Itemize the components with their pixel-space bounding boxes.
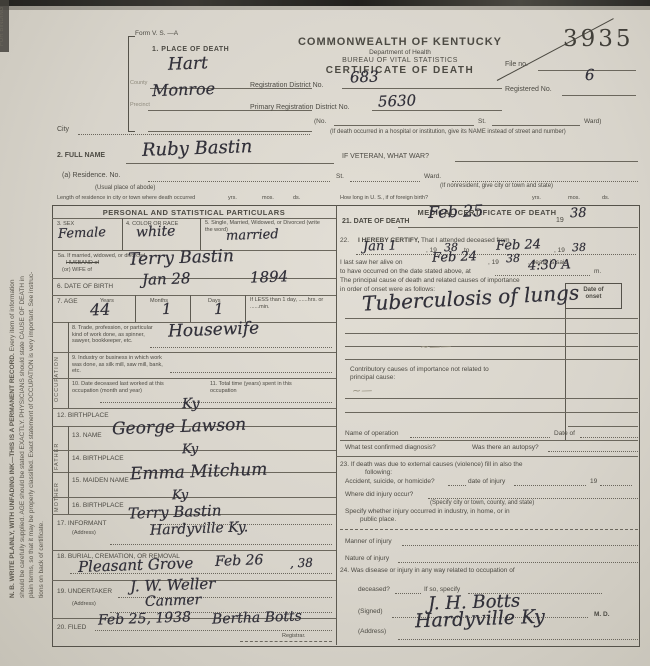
q24-label-2: deceased? (358, 586, 390, 594)
printed-19: 19 (556, 217, 564, 225)
registrar-label: Registrar. (282, 633, 306, 640)
yrs-label: yrs. (228, 195, 237, 202)
margin-instructions: N. B. WRITE PLAINLY, WITH UNFADING INK—T… (8, 30, 46, 598)
father-birthplace-label: 14. BIRTHPLACE (72, 455, 124, 463)
death-year-handwriting: 38 (570, 206, 587, 222)
undertaker-label: 19. UNDERTAKER (57, 588, 112, 596)
sex-handwriting: Female (58, 225, 106, 242)
birthplace-label: 12. BIRTHPLACE (57, 412, 109, 420)
certificate-title: CERTIFICATE OF DEATH (255, 65, 545, 76)
marital-handwriting: married (226, 227, 279, 244)
autopsy-label: Was there an autopsy? (472, 444, 539, 452)
death-certificate-scan: FOR BINDING N. B. WRITE PLAINLY, WITH UN… (0, 0, 650, 666)
residence-st-label: St. (336, 173, 344, 181)
total-time-label: 11. Total time (years) spent in this occ… (210, 381, 300, 394)
margin-line-3: plain terms, so that it may be properly … (27, 30, 37, 598)
attended-from-handwriting: Jan 1 (363, 238, 397, 254)
city-line-label: City (57, 126, 69, 134)
age-years-handwriting: 44 (90, 300, 111, 320)
rule-line (52, 550, 336, 551)
rule-line (345, 318, 638, 319)
age-months-handwriting: 1 (162, 300, 172, 318)
operation-label: Name of operation (345, 430, 398, 438)
occupation-trade-label: 8. Trade, profession, or particular kind… (72, 325, 164, 345)
yrs2-label: yrs. (532, 195, 541, 202)
registration-district-label: Registration District No. (250, 82, 324, 90)
precinct-handwriting: Monroe (152, 79, 216, 100)
to-year-handwriting: 38 (572, 241, 586, 254)
registered-no-label: Registered No. (505, 86, 552, 94)
q23-label-2: following: (365, 469, 392, 477)
manner-of-injury-label: Manner of injury (345, 538, 392, 546)
rule-line (492, 125, 580, 126)
rule-line (110, 544, 332, 545)
precinct-label: Precinct (130, 102, 150, 109)
rule-line (170, 372, 332, 373)
primary-registration-value: 5630 (378, 91, 417, 110)
rule-line (340, 529, 638, 530)
age-days-handwriting: 1 (214, 300, 224, 318)
form-code: Form V. S. —A (135, 30, 178, 38)
date-of-death-label: 21. DATE OF DEATH (342, 218, 409, 226)
st-label: St. (478, 118, 486, 126)
spouse-husband-label: HUSBAND of (66, 260, 99, 267)
last-saw-date-handwriting: Feb 24 (432, 249, 477, 266)
ds-label: ds. (293, 195, 300, 202)
cell-divider (122, 218, 123, 250)
county-handwriting: Hart (168, 53, 209, 74)
burial-year-handwriting: , 38 (290, 556, 313, 571)
color-race-handwriting: white (136, 223, 176, 240)
rule-line (495, 275, 590, 276)
where-injury-label: Where did injury occur? (345, 491, 413, 499)
undertaker-address-handwriting: Canmer (145, 592, 202, 610)
rule-line (562, 95, 636, 96)
rule-line (342, 88, 502, 89)
rule-line (95, 630, 332, 631)
rule-line (548, 451, 638, 452)
residence-ward-label: Ward. (424, 173, 441, 181)
age-label: 7. AGE (57, 298, 78, 306)
primary-registration-label: Primary Registration District No. (250, 104, 350, 112)
contributory-label-1: Contributory causes of importance not re… (350, 366, 489, 374)
principal-cause-label-1: The principal cause of death and related… (340, 277, 520, 285)
accident-label: Accident, suicide, or homicide? (345, 478, 435, 486)
rule-line (398, 562, 638, 563)
rule-line (410, 437, 550, 438)
registered-no-value: 6 (585, 66, 595, 84)
father-birthplace-handwriting: Ky (182, 442, 199, 458)
informant-address-handwriting: Hardyville Ky. (150, 519, 249, 538)
no-label: (No. (314, 118, 326, 126)
rule-line (568, 426, 638, 427)
side-cell-divider (68, 322, 69, 408)
rule-line (345, 333, 638, 334)
last-worked-label: 10. Date deceased last worked at this oc… (72, 381, 182, 394)
veteran-label: IF VETERAN, WHAT WAR? (342, 153, 429, 161)
rule-line (150, 347, 332, 348)
undertaker-address-label: (Address) (72, 601, 96, 608)
date-of-death-handwriting: Feb 25 (428, 201, 484, 222)
margin-line-2: should be carefully supplied. AGE should… (18, 30, 28, 598)
margin-binding-text: FOR BINDING (0, 0, 5, 46)
signed-label: (Signed) (358, 608, 383, 616)
nonresident-note: (If nonresident, give city or town and s… (440, 183, 553, 189)
mos-label: mos. (262, 195, 274, 202)
rule-line (126, 163, 334, 164)
rule-line (52, 295, 336, 296)
spouse-handwriting: Terry Bastin (128, 246, 235, 270)
scan-edge-shadow (0, 6, 650, 10)
rule-line (402, 545, 638, 546)
mos2-label: mos. (568, 195, 580, 202)
last-saw-label: I last saw her alive on (340, 259, 403, 267)
injury-date-label: date of injury (468, 478, 505, 486)
rule-line (514, 485, 586, 486)
specify-industry-label-2: public place. (360, 516, 396, 524)
rule-line (345, 398, 638, 399)
full-name-label: 2. FULL NAME (57, 152, 105, 160)
cell-divider (200, 218, 201, 250)
rule-line (372, 110, 502, 111)
mother-side-label: MOTHER (54, 475, 60, 512)
margin-line-4: tions on back of certificate. (37, 30, 47, 598)
ds2-label: ds. (602, 195, 609, 202)
foreign-birth-label: How long in U. S., if of foreign birth? (340, 195, 428, 202)
test-confirmed-label: What test confirmed diagnosis? (345, 444, 436, 452)
rule-line (350, 181, 420, 182)
cell-divider (135, 295, 136, 322)
rule-line (52, 497, 336, 498)
rule-line (398, 227, 638, 228)
rule-line (78, 134, 310, 135)
department-subtitle: Department of Health (255, 49, 545, 57)
hospital-note: (If death occurred in a hospital or inst… (330, 129, 566, 135)
informant-address-label: (Address) (72, 530, 96, 537)
rule-line (334, 125, 474, 126)
commonwealth-title: COMMONWEALTH OF KENTUCKY (255, 36, 545, 48)
full-name-handwriting: Ruby Bastin (142, 136, 253, 161)
rule-line (395, 593, 421, 594)
residence-label: (a) Residence. No. (62, 172, 120, 180)
rule-line (52, 278, 336, 279)
rule-line (455, 161, 638, 162)
nature-of-injury-label: Nature of injury (345, 555, 389, 563)
rule-line (52, 378, 336, 379)
rule-line (448, 485, 466, 486)
q24-label-1: 24. Was disease or injury in any way rel… (340, 567, 515, 575)
date-of-birth-handwriting: Jan 28 (142, 269, 191, 289)
burial-date-handwriting: Feb 26 (215, 552, 264, 570)
informant-handwriting: Terry Bastin (128, 501, 222, 522)
birth-year-handwriting: 1894 (250, 267, 289, 286)
occupation-side-label: OCCUPATION (54, 330, 60, 402)
birthplace-handwriting: Ky (182, 396, 200, 413)
rule-line (100, 402, 332, 403)
county-label: County (130, 80, 147, 87)
age-less-label: If LESS than 1 day, ......hrs. or ......… (250, 297, 332, 310)
mother-maiden-label: 15. MAIDEN NAME (72, 477, 129, 485)
rule-line (600, 485, 632, 486)
side-cell-divider (68, 426, 69, 472)
rule-line (52, 218, 336, 219)
occupation-handwriting: Housewife (168, 318, 260, 341)
rule-line (52, 352, 336, 353)
rule-line (452, 181, 638, 182)
rule-line (148, 181, 330, 182)
length-residence-label: Length of residence in city or town wher… (57, 195, 195, 202)
faint-pen-mark: ~— (352, 384, 373, 398)
injury-19-label: 19 (590, 478, 597, 486)
abode-note: (Usual place of abode) (95, 185, 155, 191)
rule-line (580, 437, 638, 438)
father-name-label: 13. NAME (72, 432, 102, 440)
mother-birthplace-label: 16. BIRTHPLACE (72, 502, 124, 510)
certify-number: 22. (340, 237, 349, 245)
registration-district-value: 683 (350, 68, 379, 87)
bureau-subtitle: BUREAU OF VITAL STATISTICS (255, 57, 545, 64)
specify-city-note: (Specify city or town, county, and state… (430, 500, 534, 506)
physician-address-label: (Address) (358, 628, 386, 636)
rule-line (356, 254, 636, 255)
personal-section-title: PERSONAL AND STATISTICAL PARTICULARS (52, 208, 336, 217)
occurred-label: to have occurred on the date stated abov… (340, 268, 471, 276)
last-saw-year-handwriting: 38 (506, 252, 520, 265)
specify-industry-label-1: Specify whether injury occurred in indus… (345, 508, 510, 516)
rule-line (345, 412, 638, 413)
date-of-operation-label: Date of (554, 430, 575, 438)
md-label: M. D. (594, 611, 610, 619)
informant-label: 17. INFORMANT (57, 520, 106, 528)
rule-line (148, 131, 312, 132)
rule-line (345, 346, 638, 347)
margin-line-1: N. B. WRITE PLAINLY, WITH UNFADING INK—T… (8, 30, 18, 598)
column-divider (336, 205, 337, 645)
rule-line (336, 456, 638, 457)
spouse-wife-label: (or) WIFE of (62, 267, 92, 274)
rule-line (428, 498, 638, 499)
faint-pen-mark: ~—— (420, 339, 452, 353)
medical-section-title: MEDICAL CERTIFICATE OF DEATH (336, 208, 638, 217)
rule-line (240, 641, 332, 642)
filed-label: 20. FILED (57, 624, 86, 632)
ward-label: Ward) (584, 118, 601, 126)
cell-divider (190, 295, 191, 322)
rule-line (398, 639, 638, 640)
printed-19c: , 19 (488, 259, 499, 267)
side-cell-divider (68, 472, 69, 514)
contributory-label-2: principal cause: (350, 374, 395, 382)
rule-line (340, 440, 638, 441)
mother-birthplace-handwriting: Ky (172, 488, 189, 504)
rule-line (345, 359, 638, 360)
registrar-signature-handwriting: Bertha Botts (212, 608, 302, 627)
onset-column-line (565, 309, 566, 440)
time-of-death-handwriting: 4:30 A (528, 257, 571, 273)
place-of-death-label: 1. PLACE OF DEATH (152, 46, 229, 54)
q23-label-1: 23. If death was due to external causes … (340, 461, 522, 469)
filed-date-handwriting: Feb 25, 1938 (98, 609, 192, 628)
industry-label: 9. Industry or business in which work wa… (72, 355, 167, 375)
m-label: m. (594, 268, 601, 276)
physician-address-handwriting: Hardyville Ky (415, 606, 546, 633)
rule-line (70, 573, 332, 574)
date-of-birth-label: 6. DATE OF BIRTH (57, 283, 113, 291)
